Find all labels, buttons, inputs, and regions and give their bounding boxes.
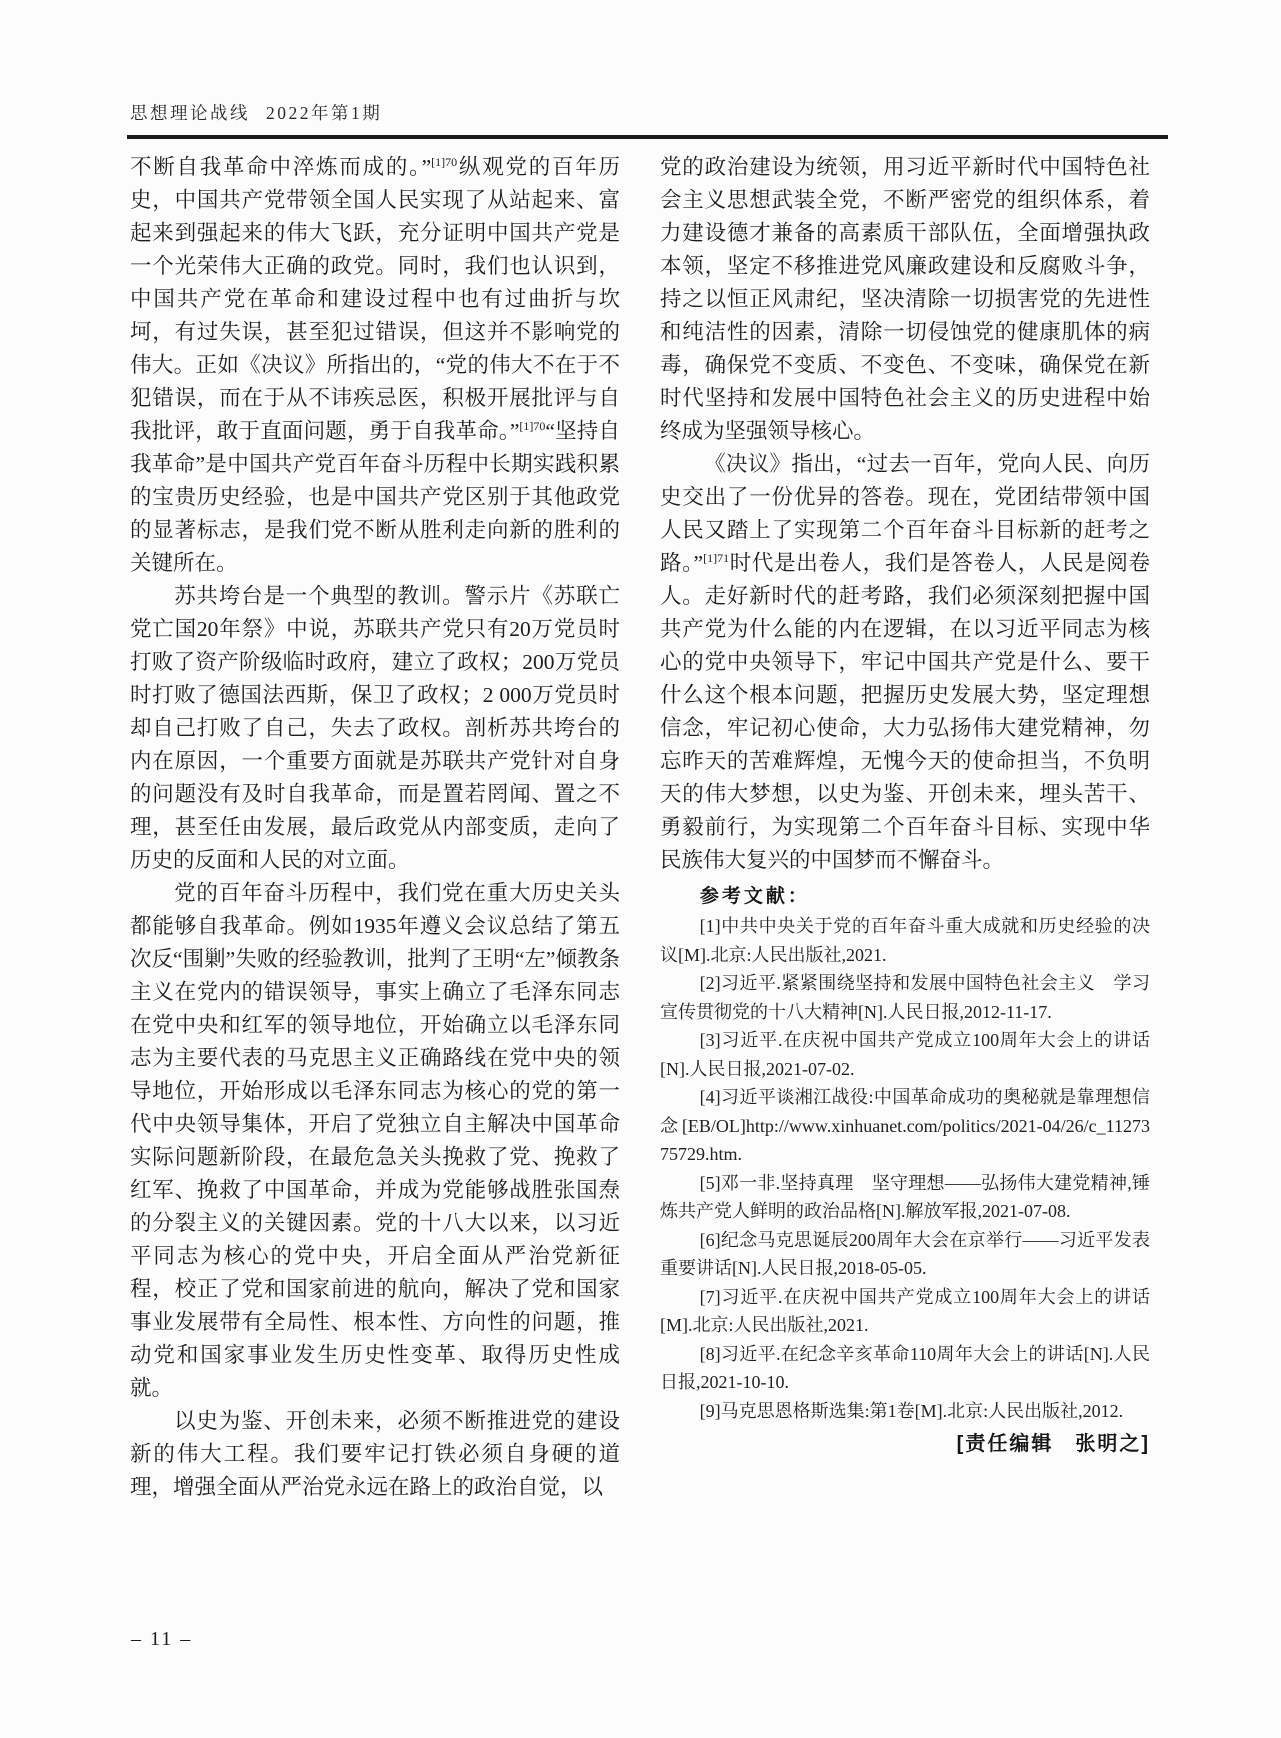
reference-item: [5]邓一非.坚持真理 坚守理想——弘扬伟大建党精神,锤炼共产党人鲜明的政治品格… bbox=[660, 1169, 1150, 1226]
reference-item: [4]习近平谈湘江战役:中国革命成功的奥秘就是靠理想信念[EB/OL]http:… bbox=[660, 1083, 1150, 1169]
references-heading: 参考文献： bbox=[660, 882, 1150, 912]
journal-title: 思想理论战线 bbox=[130, 103, 250, 123]
header-rule bbox=[127, 135, 1168, 139]
reference-item: [2]习近平.紧紧围绕坚持和发展中国特色社会主义 学习宣传贯彻党的十八大精神[N… bbox=[660, 969, 1150, 1026]
page-number: – 11 – bbox=[131, 1628, 192, 1651]
body-paragraph: 《决议》指出，“过去一百年，党向人民、向历史交出了一份优异的答卷。现在，党团结带… bbox=[660, 448, 1150, 877]
citation-superscript: [1]71 bbox=[703, 551, 729, 565]
reference-item: [8]习近平.在纪念辛亥革命110周年大会上的讲话[N].人民日报,2021-1… bbox=[660, 1340, 1150, 1397]
journal-page: 思想理论战线2022年第1期 不断自我革命中淬炼而成的。”[1]70纵观党的百年… bbox=[0, 0, 1281, 1738]
references-list: [1]中共中央关于党的百年奋斗重大成就和历史经验的决议[M].北京:人民出版社,… bbox=[660, 912, 1150, 1425]
reference-item: [6]纪念马克思诞辰200周年大会在京举行——习近平发表重要讲话[N].人民日报… bbox=[660, 1226, 1150, 1283]
left-column: 不断自我革命中淬炼而成的。”[1]70纵观党的百年历史，中国共产党带领全国人民实… bbox=[130, 151, 620, 1504]
body-paragraph: 党的政治建设为统领，用习近平新时代中国特色社会主义思想武装全党，不断严密党的组织… bbox=[660, 151, 1150, 448]
citation-superscript: [1]70 bbox=[519, 419, 545, 433]
right-column: 党的政治建设为统领，用习近平新时代中国特色社会主义思想武装全党，不断严密党的组织… bbox=[660, 151, 1150, 1504]
references-section: 参考文献： [1]中共中央关于党的百年奋斗重大成就和历史经验的决议[M].北京:… bbox=[660, 882, 1150, 1460]
reference-item: [7]习近平.在庆祝中国共产党成立100周年大会上的讲话[M].北京:人民出版社… bbox=[660, 1283, 1150, 1340]
reference-item: [1]中共中央关于党的百年奋斗重大成就和历史经验的决议[M].北京:人民出版社,… bbox=[660, 912, 1150, 969]
citation-superscript: [1]70 bbox=[431, 155, 457, 169]
body-paragraph: 以史为鉴、开创未来，必须不断推进党的建设新的伟大工程。我们要牢记打铁必须自身硬的… bbox=[130, 1405, 620, 1504]
editor-credit: [责任编辑 张明之] bbox=[660, 1429, 1150, 1460]
body-paragraph: 苏共垮台是一个典型的教训。警示片《苏联亡党亡国20年祭》中说，苏联共产党只有20… bbox=[130, 580, 620, 877]
article-body: 不断自我革命中淬炼而成的。”[1]70纵观党的百年历史，中国共产党带领全国人民实… bbox=[130, 151, 1150, 1504]
body-paragraph: 党的百年奋斗历程中，我们党在重大历史关头都能够自我革命。例如1935年遵义会议总… bbox=[130, 877, 620, 1405]
journal-issue: 2022年第1期 bbox=[266, 103, 382, 123]
reference-item: [9]马克思恩格斯选集:第1卷[M].北京:人民出版社,2012. bbox=[660, 1397, 1150, 1426]
right-column-body: 党的政治建设为统领，用习近平新时代中国特色社会主义思想武装全党，不断严密党的组织… bbox=[660, 151, 1150, 877]
reference-item: [3]习近平.在庆祝中国共产党成立100周年大会上的讲话[N].人民日报,202… bbox=[660, 1026, 1150, 1083]
page-header: 思想理论战线2022年第1期 bbox=[130, 100, 382, 125]
body-paragraph: 不断自我革命中淬炼而成的。”[1]70纵观党的百年历史，中国共产党带领全国人民实… bbox=[130, 151, 620, 580]
